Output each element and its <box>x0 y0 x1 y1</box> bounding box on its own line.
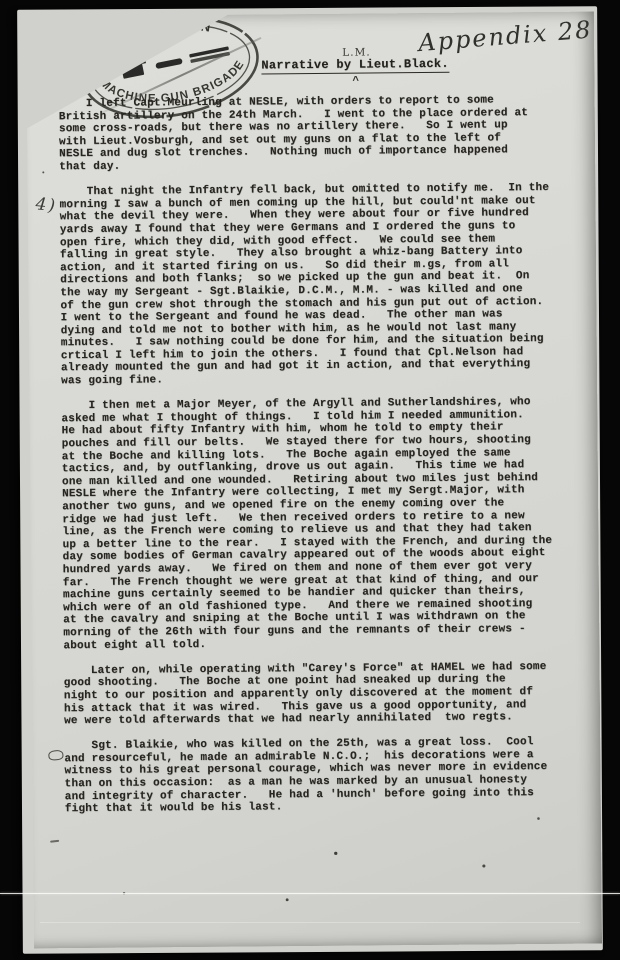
paragraph: I left Capt.Meurling at NESLE, with orde… <box>59 94 580 174</box>
paragraph: Sgt. Blaikie, who was killed on the 25th… <box>64 736 585 816</box>
document-body: I left Capt.Meurling at NESLE, with orde… <box>59 94 585 829</box>
document-page: FIRST CANADIAN MACHINE GUN BRIGADE Appen… <box>26 12 602 949</box>
pencil-loop-mark <box>48 750 64 761</box>
photographed-document: { "colors": { "background": "#060606", "… <box>0 0 620 960</box>
pencil-margin-mark: 4) <box>35 194 58 216</box>
scan-scratch-line-faint <box>40 922 580 923</box>
handwritten-appendix-note: Appendix 28 <box>417 16 593 58</box>
paragraph: That night the Infantry fell back, but o… <box>59 182 581 388</box>
paragraph: I then met a Major Meyer, of the Argyll … <box>61 396 583 652</box>
ink-dot-mark <box>42 171 44 173</box>
scan-scratch-line <box>0 893 620 894</box>
page-title: Narrative by Lieut.Black. <box>261 57 449 75</box>
insertion-caret-mark: ^ <box>352 76 359 88</box>
paragraph: Later on, while operating with "Carey's … <box>64 660 585 728</box>
pencil-dash-mark <box>50 840 59 843</box>
